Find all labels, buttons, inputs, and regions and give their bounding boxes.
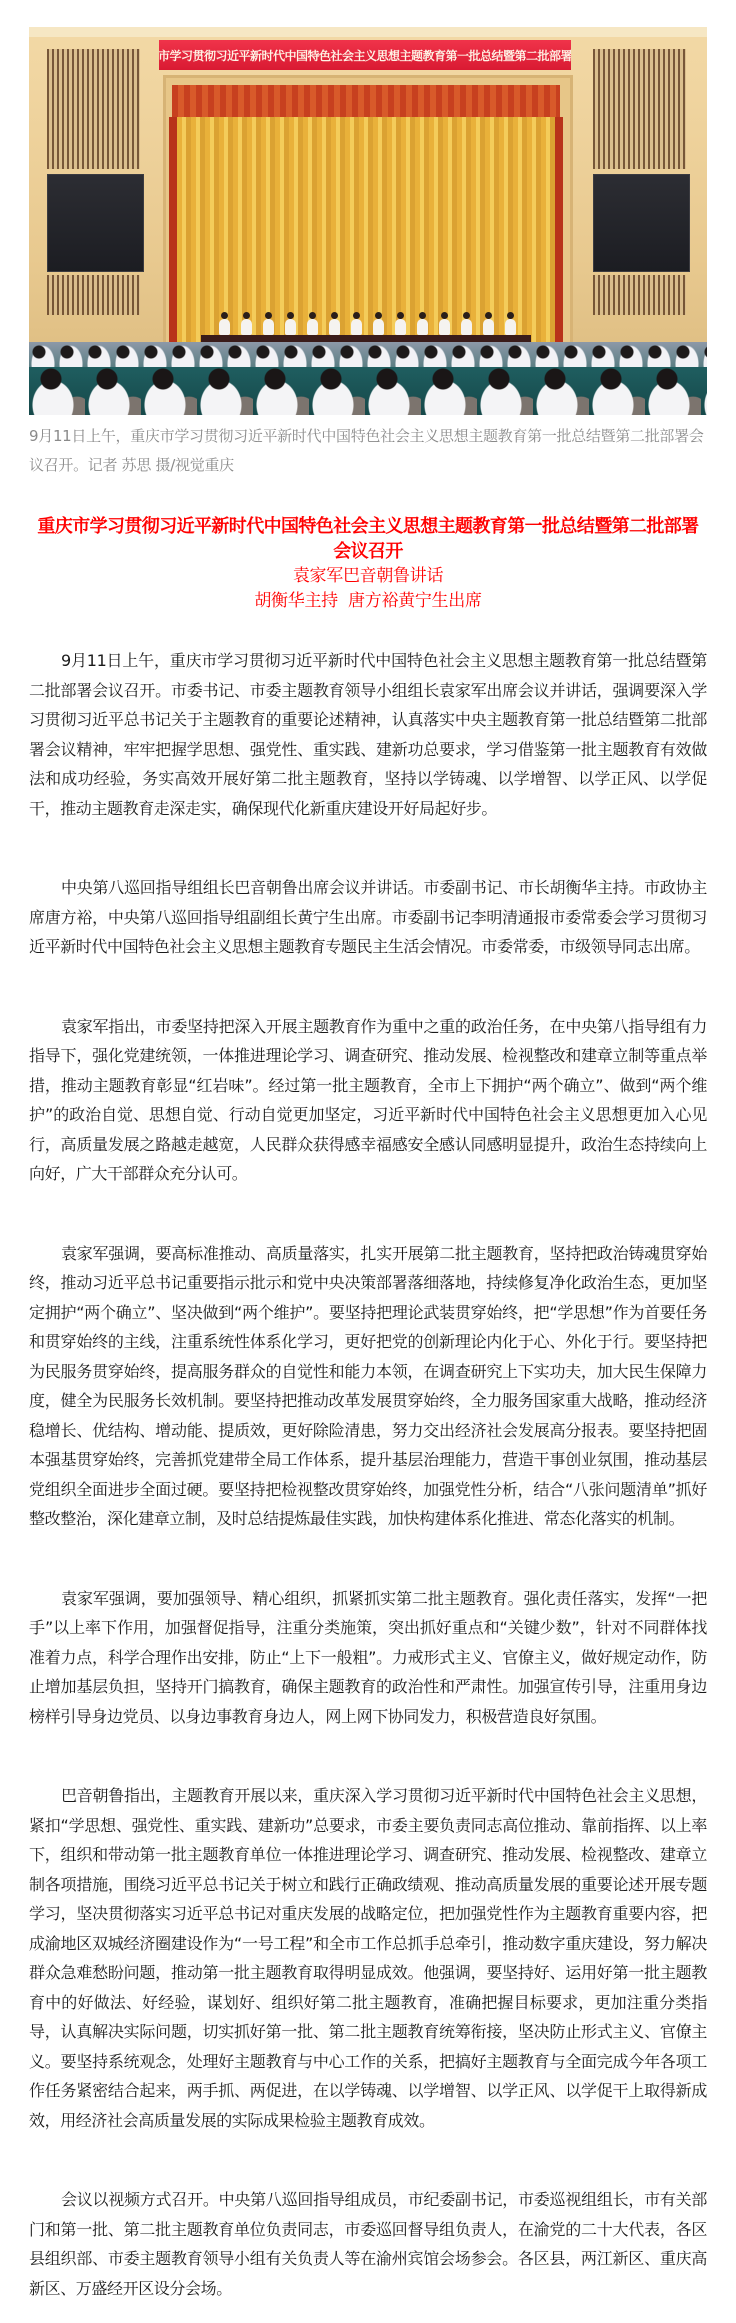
podium-attendee (439, 319, 450, 335)
podium-attendee (263, 319, 274, 335)
meeting-photo: 重庆市学习贯彻习近平新时代中国特色社会主义思想主题教育第一批总结暨第二批部署会议 (29, 27, 707, 415)
article-subtitle-speakers: 袁家军巴音朝鲁讲话 (29, 564, 707, 589)
left-side-curtain (169, 117, 177, 367)
article-title: 重庆市学习贯彻习近平新时代中国特色社会主义思想主题教育第一批总结暨第二批部署会议… (29, 514, 707, 564)
podium-attendee (417, 319, 428, 335)
article-headline: 重庆市学习贯彻习近平新时代中国特色社会主义思想主题教育第一批总结暨第二批部署会议… (29, 514, 707, 614)
audience-rows-front (29, 367, 707, 415)
stage-curtain (177, 117, 555, 367)
left-wall-grille (47, 49, 140, 169)
left-display-screen (47, 174, 144, 272)
article-paragraph: 巴音朝鲁指出，主题教育开展以来，重庆深入学习贯彻习近平新时代中国特色社会主义思想… (29, 1781, 707, 2135)
podium-attendee (219, 319, 230, 335)
right-display-screen (593, 174, 690, 272)
article-page: 重庆市学习贯彻习近平新时代中国特色社会主义思想主题教育第一批总结暨第二批部署会议… (0, 0, 736, 2323)
article-paragraph: 袁家军强调，要高标准推动、高质量落实，扎实开展第二批主题教育，坚持把政治铸魂贯穿… (29, 1239, 707, 1534)
article-paragraph: 中央第八巡回指导组组长巴音朝鲁出席会议并讲话。市委副书记、市长胡衡华主持。市政协… (29, 873, 707, 962)
podium-attendee (505, 319, 516, 335)
article-body: 9月11日上午，重庆市学习贯彻习近平新时代中国特色社会主义思想主题教育第一批总结… (29, 646, 707, 2303)
podium-attendee (241, 319, 252, 335)
stage-valance (172, 85, 560, 117)
article-paragraph: 9月11日上午，重庆市学习贯彻习近平新时代中国特色社会主义思想主题教育第一批总结… (29, 646, 707, 823)
article-paragraph: 袁家军强调，要加强领导、精心组织，抓紧抓实第二批主题教育。强化责任落实，发挥“一… (29, 1584, 707, 1732)
podium-attendee (461, 319, 472, 335)
podium-attendee (351, 319, 362, 335)
podium-attendee (483, 319, 494, 335)
meeting-banner: 重庆市学习贯彻习近平新时代中国特色社会主义思想主题教育第一批总结暨第二批部署会议 (159, 40, 571, 70)
right-wall-grille-lower (593, 275, 686, 315)
podium-attendee (307, 319, 318, 335)
podium-attendee (395, 319, 406, 335)
article-paragraph: 会议以视频方式召开。中央第八巡回指导组成员，市纪委副书记，市委巡视组组长，市有关… (29, 2185, 707, 2303)
article-subtitle-attendees: 胡衡华主持 唐方裕黄宁生出席 (29, 589, 707, 614)
podium-attendee (329, 319, 340, 335)
hall-ceiling (29, 27, 707, 37)
photo-caption: 9月11日上午，重庆市学习贯彻习近平新时代中国特色社会主义思想主题教育第一批总结… (29, 422, 707, 480)
left-wall-grille-lower (47, 275, 140, 315)
article-paragraph: 袁家军指出，市委坚持把深入开展主题教育作为重中之重的政治任务，在中央第八指导组有… (29, 1012, 707, 1189)
right-wall-grille (593, 49, 686, 169)
podium-attendee (285, 319, 296, 335)
right-side-curtain (555, 117, 563, 367)
podium-attendee (373, 319, 384, 335)
